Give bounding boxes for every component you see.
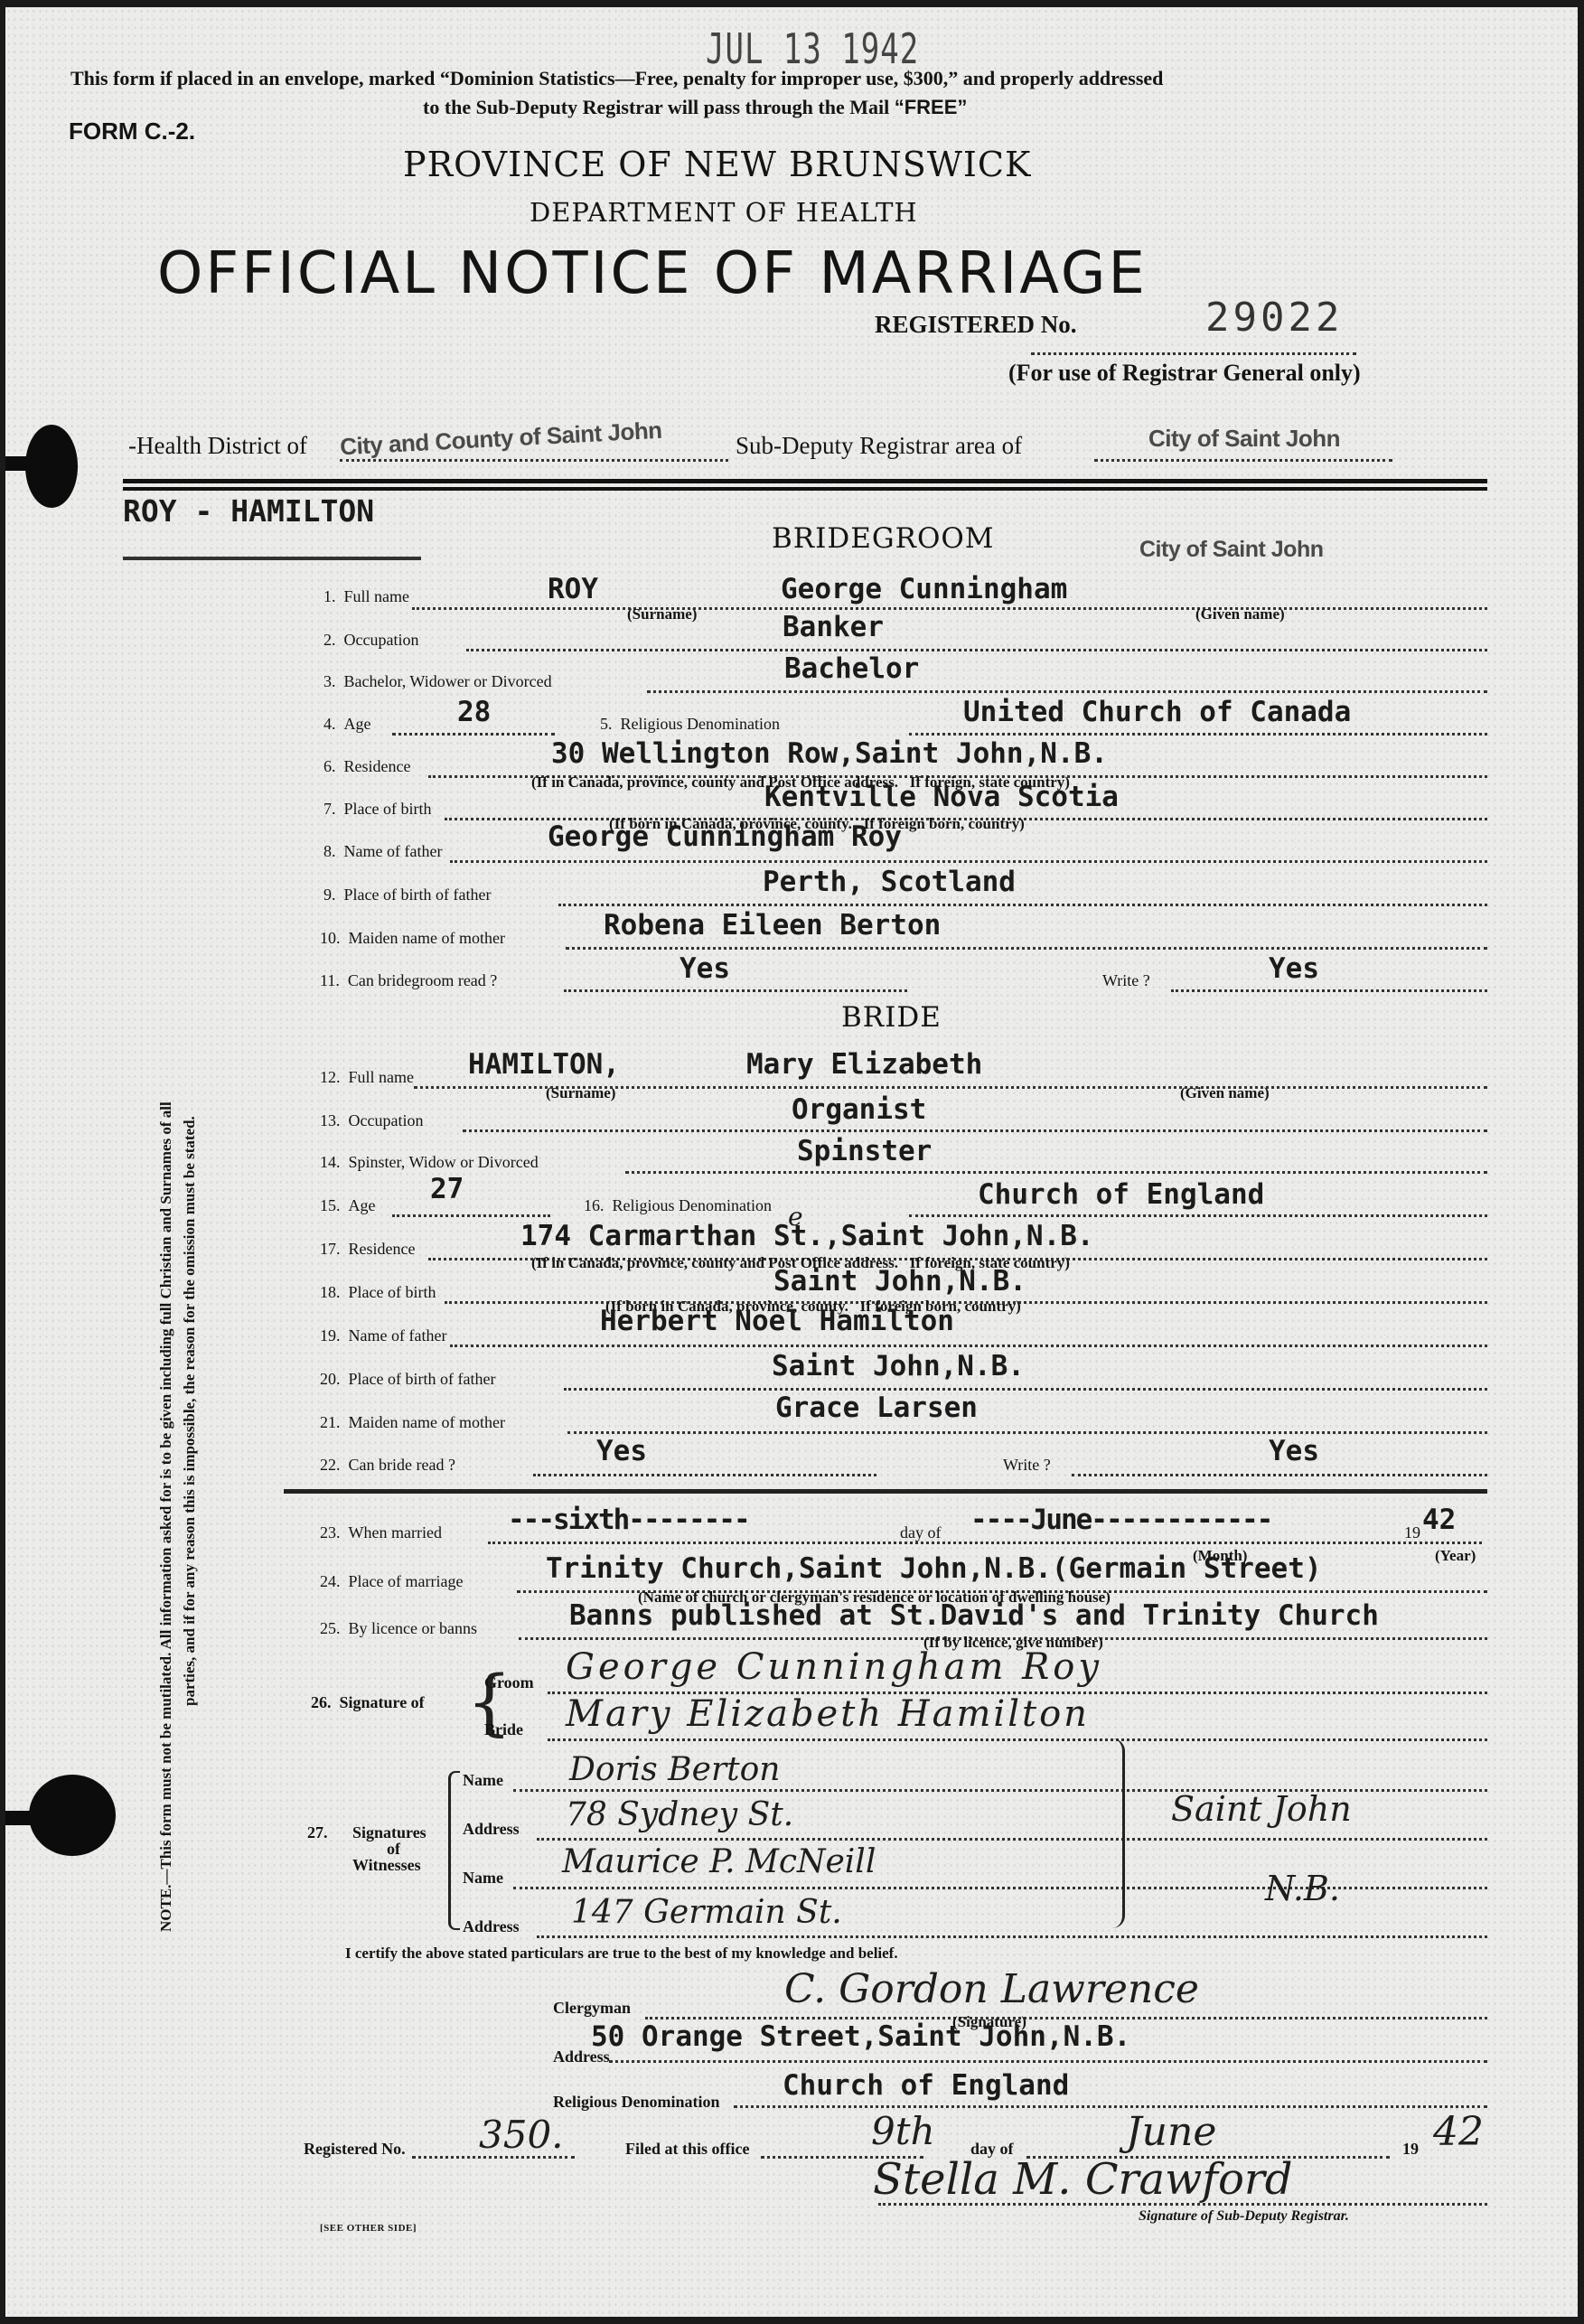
witness2-address: 147 Germain St. xyxy=(571,1894,842,1931)
field-label: Name of father xyxy=(349,1326,447,1345)
witnesses-right-bracket xyxy=(1110,1738,1125,1928)
province-heading: PROVINCE OF NEW BRUNSWICK xyxy=(403,145,1031,184)
field-number: 9. xyxy=(323,886,336,904)
bride-father-birthplace: Saint John,N.B. xyxy=(772,1350,1025,1382)
field-16-dotline xyxy=(909,1214,1487,1217)
field-20-label: 20. Place of birth of father xyxy=(320,1370,495,1389)
field-label: Religious Denomination xyxy=(613,1196,772,1214)
clergyman-religion-label: Religious Denomination xyxy=(553,2093,720,2112)
year-prefix: 19 xyxy=(1404,1523,1420,1542)
field-number: 16. xyxy=(584,1196,605,1214)
filed-day: 9th xyxy=(871,2109,935,2153)
field-22-dotline xyxy=(533,1474,876,1476)
field-5-label: 5. Religious Denomination xyxy=(600,715,780,734)
filed-year: 42 xyxy=(1433,2109,1484,2155)
field-number: 24. xyxy=(320,1572,341,1590)
field-label: Full name xyxy=(344,587,410,605)
given-name-caption: (Given name) xyxy=(1180,1084,1270,1102)
field-8-dotline xyxy=(450,860,1487,863)
filed-month: June xyxy=(1126,2109,1216,2155)
groom-father-name: George Cunningham Roy xyxy=(548,820,902,853)
field-5-dotline xyxy=(909,733,1487,736)
field-label: Can bride read ? xyxy=(349,1456,455,1474)
field-24-label: 24. Place of marriage xyxy=(320,1572,463,1591)
field-14-label: 14. Spinster, Widow or Divorced xyxy=(320,1153,539,1172)
field-label: Place of birth of father xyxy=(344,886,492,904)
registrar-signature: Stella M. Crawford xyxy=(873,2154,1293,2205)
registered-no-value: 29022 xyxy=(1205,295,1343,341)
field-4-label: 4. Age xyxy=(323,715,371,734)
witness2-address-dotline xyxy=(537,1935,1487,1938)
punch-hole-bottom xyxy=(29,1775,116,1856)
field-label: Residence xyxy=(344,757,411,775)
witnesses-left-bracket xyxy=(448,1771,460,1930)
field-label: Religious Denomination xyxy=(621,715,780,733)
field-label: Full name xyxy=(349,1068,415,1086)
field-label: Place of birth xyxy=(349,1283,436,1301)
file-title-underline xyxy=(123,557,421,560)
field-label: Maiden name of mother xyxy=(349,929,505,947)
field-19-dotline xyxy=(450,1345,1487,1347)
field-number: 26. xyxy=(311,1693,332,1711)
groom-can-read: Yes xyxy=(680,952,730,985)
field-label: Age xyxy=(349,1196,376,1214)
field-label: Place of marriage xyxy=(349,1572,464,1590)
punch-hole-top-stem xyxy=(5,456,33,471)
field-label: Spinster, Widow or Divorced xyxy=(349,1153,539,1171)
groom-marital-status: Bachelor xyxy=(784,652,919,685)
field-26-label: 26. Signature of xyxy=(311,1693,425,1712)
bride-marital-status: Spinster xyxy=(797,1135,932,1167)
field-13-dotline xyxy=(463,1129,1487,1132)
field-number: 5. xyxy=(600,715,613,733)
field-10-dotline xyxy=(566,947,1487,950)
bride-can-read: Yes xyxy=(596,1435,647,1467)
field-9-dotline xyxy=(558,904,1487,906)
field-4-dotline xyxy=(392,733,555,736)
punch-hole-bottom-stem xyxy=(5,1811,33,1825)
field-label: Residence xyxy=(349,1240,416,1258)
bride-can-write: Yes xyxy=(1269,1435,1319,1467)
field-label: Place of birth of father xyxy=(349,1370,496,1388)
bride-father-name: Herbert Noel Hamilton xyxy=(600,1305,954,1337)
registered-no-label-bottom: Registered No. xyxy=(304,2140,406,2159)
field-label: Occupation xyxy=(349,1111,424,1129)
witness2-address-label: Address xyxy=(463,1917,520,1936)
bride-occupation: Organist xyxy=(792,1093,926,1126)
field-number: 15. xyxy=(320,1196,341,1214)
field-22-label: 22. Can bride read ? xyxy=(320,1456,455,1475)
field-label: Age xyxy=(344,715,371,733)
field-21-label: 21. Maiden name of mother xyxy=(320,1413,505,1432)
field-number: 22. xyxy=(320,1456,341,1474)
registrar-caption: Signature of Sub-Deputy Registrar. xyxy=(1139,2208,1349,2225)
field-17-label: 17. Residence xyxy=(320,1240,415,1259)
file-title: ROY - HAMILTON xyxy=(123,493,374,529)
day-of-label: day of xyxy=(900,1523,941,1542)
write-label: Write ? xyxy=(1102,971,1150,990)
witness2-name-dotline xyxy=(513,1887,1487,1889)
field-3-label: 3. Bachelor, Widower or Divorced xyxy=(323,672,552,691)
field-number: 7. xyxy=(323,800,336,818)
bride-birthplace: Saint John,N.B. xyxy=(773,1265,1026,1298)
bride-heading: BRIDE xyxy=(841,1001,942,1034)
witness2-name-signature: Maurice P. McNeill xyxy=(562,1843,876,1880)
bride-given-name: Mary Elizabeth xyxy=(746,1048,982,1081)
bride-signature-dotline xyxy=(548,1738,1487,1741)
field-number: 19. xyxy=(320,1326,341,1345)
clergyman-address: 50 Orange Street,Saint John,N.B. xyxy=(591,2020,1130,2053)
health-district-stamp: City and County of Saint John xyxy=(339,417,662,462)
marriage-place: Trinity Church,Saint John,N.B.(Germain S… xyxy=(546,1552,1322,1585)
field-15-label: 15. Age xyxy=(320,1196,376,1215)
field-number: 11. xyxy=(320,971,340,989)
field-27-number: 27. xyxy=(307,1823,328,1842)
field-12-label: 12. Full name xyxy=(320,1068,414,1087)
field-number: 4. xyxy=(323,715,336,733)
field-number: 3. xyxy=(323,672,336,690)
groom-can-write: Yes xyxy=(1269,952,1319,985)
field-number: 21. xyxy=(320,1413,341,1431)
bridegroom-area-stamp: City of Saint John xyxy=(1139,537,1324,563)
field-label: Signature of xyxy=(340,1693,425,1711)
bride-signature-label: Bride xyxy=(484,1720,523,1739)
witness1-name-label: Name xyxy=(463,1771,503,1790)
field-21-dotline xyxy=(567,1431,1487,1434)
field-label: Can bridegroom read ? xyxy=(348,971,497,989)
field-label: Name of father xyxy=(344,842,443,860)
licence-or-banns: Banns published at St.David's and Trinit… xyxy=(569,1599,1379,1632)
field-9-label: 9. Place of birth of father xyxy=(323,886,491,904)
field-number: 10. xyxy=(320,929,341,947)
year-caption: (Year) xyxy=(1435,1547,1476,1565)
sub-deputy-area-stamp: City of Saint John xyxy=(1148,425,1340,453)
punch-hole-top xyxy=(25,425,78,508)
filed-label: Filed at this office xyxy=(625,2140,749,2159)
marriage-year: 42 xyxy=(1422,1504,1456,1536)
registered-no-dotline xyxy=(1031,352,1356,355)
field-number: 23. xyxy=(320,1523,341,1542)
field-number: 2. xyxy=(323,631,336,649)
field-18-label: 18. Place of birth xyxy=(320,1283,436,1302)
marriage-day: ---sixth-------- xyxy=(508,1504,749,1536)
field-number: 17. xyxy=(320,1240,341,1258)
field-1-label: 1. Full name xyxy=(323,587,409,606)
groom-religion: United Church of Canada xyxy=(963,696,1351,728)
clergyman-address-dotline xyxy=(609,2060,1487,2063)
clergyman-religion-dotline xyxy=(734,2105,1487,2108)
groom-occupation: Banker xyxy=(783,611,884,643)
page-title: OFFICIAL NOTICE OF MARRIAGE xyxy=(157,240,1148,307)
registered-no-bottom-value: 350. xyxy=(479,2113,564,2157)
field-number: 20. xyxy=(320,1370,341,1388)
write-label: Write ? xyxy=(1003,1456,1051,1475)
field-8-label: 8. Name of father xyxy=(323,842,442,861)
field-23-dotline xyxy=(488,1542,1482,1544)
field-19-label: 19. Name of father xyxy=(320,1326,446,1345)
field-label: Place of birth xyxy=(344,800,432,818)
groom-residence: 30 Wellington Row,Saint John,N.B. xyxy=(551,737,1108,770)
bridegroom-heading: BRIDEGROOM xyxy=(772,522,995,555)
see-other-side: [SEE OTHER SIDE] xyxy=(320,2223,417,2234)
health-district-dotline xyxy=(340,459,728,462)
department-heading: DEPARTMENT OF HEALTH xyxy=(530,197,918,228)
given-name-caption: (Given name) xyxy=(1195,605,1285,623)
bride-surname: HAMILTON, xyxy=(468,1048,620,1081)
field-2-dotline xyxy=(466,649,1487,651)
field-number: 1. xyxy=(323,587,336,605)
sub-deputy-dotline xyxy=(1094,459,1392,462)
field-25-label: 25. By licence or banns xyxy=(320,1619,477,1638)
filed-year-prefix: 19 xyxy=(1402,2140,1419,2159)
groom-mother-maiden-name: Robena Eileen Berton xyxy=(604,909,941,942)
bride-residence: 174 Carmarthan St.,Saint John,N.B. xyxy=(520,1220,1094,1252)
side-note-line1: NOTE.—This form must not be mutilated. A… xyxy=(157,1101,175,1932)
field-7-label: 7. Place of birth xyxy=(323,800,431,819)
header-double-rule xyxy=(123,479,1487,491)
witnesses-label-line3: Witnesses xyxy=(352,1856,421,1875)
groom-signature: George Cunningham Roy xyxy=(566,1646,1102,1688)
surname-caption: (Surname) xyxy=(546,1084,615,1102)
groom-given-name: George Cunningham xyxy=(781,573,1067,605)
side-note-line2: parties, and if for any reason this is i… xyxy=(181,1116,199,1706)
mail-notice-line2: to the Sub-Deputy Registrar will pass th… xyxy=(423,96,967,119)
clergyman-signature: C. Gordon Lawrence xyxy=(784,1966,1199,2012)
health-district-label: -Health District of xyxy=(128,432,307,460)
field-16-label: 16. Religious Denomination xyxy=(584,1196,772,1215)
field-23-label: 23. When married xyxy=(320,1523,442,1542)
registered-no-note: (For use of Registrar General only) xyxy=(1008,360,1361,387)
surname-caption: (Surname) xyxy=(627,605,697,623)
form-id: FORM C.-2. xyxy=(69,117,195,145)
field-14-dotline xyxy=(625,1171,1487,1174)
groom-signature-label: Groom xyxy=(484,1673,534,1692)
field-label: By licence or banns xyxy=(349,1619,477,1637)
witness1-address-dotline xyxy=(537,1838,1487,1841)
clergyman-label: Clergyman xyxy=(553,1999,631,2018)
field-number: 6. xyxy=(323,757,336,775)
field-number: 12. xyxy=(320,1068,341,1086)
bride-religion: Church of England xyxy=(978,1178,1264,1211)
field-13-label: 13. Occupation xyxy=(320,1111,423,1130)
certification-statement: I certify the above stated particulars a… xyxy=(345,1944,898,1963)
mail-notice-free: “FREE” xyxy=(895,96,968,118)
field-2-label: 2. Occupation xyxy=(323,631,418,650)
field-label: When married xyxy=(349,1523,442,1542)
field-11-write-dotline xyxy=(1171,989,1487,992)
groom-age: 28 xyxy=(457,696,491,728)
field-label: Maiden name of mother xyxy=(349,1413,505,1431)
field-6-label: 6. Residence xyxy=(323,757,410,776)
groom-birthplace: Kentville Nova Scotia xyxy=(764,781,1119,813)
registered-number-block: REGISTERED No. xyxy=(875,311,1077,339)
field-number: 25. xyxy=(320,1619,341,1637)
field-10-label: 10. Maiden name of mother xyxy=(320,929,505,948)
witness1-name-signature: Doris Berton xyxy=(569,1751,780,1788)
groom-surname: ROY xyxy=(548,573,598,605)
field-number: 14. xyxy=(320,1153,341,1171)
witness2-name-label: Name xyxy=(463,1869,503,1888)
witnesses-city: Saint John xyxy=(1171,1789,1352,1829)
witnesses-province: N.B. xyxy=(1265,1869,1340,1908)
witness1-address-label: Address xyxy=(463,1820,520,1839)
clergyman-dotline xyxy=(645,2017,1487,2019)
field-number: 13. xyxy=(320,1111,341,1129)
marriage-notice-form: JUL 13 1942 This form if placed in an en… xyxy=(5,7,1578,2317)
field-11-label: 11. Can bridegroom read ? xyxy=(320,971,497,990)
field-22-write-dotline xyxy=(1072,1474,1487,1476)
field-1-dotline xyxy=(412,607,1487,610)
residence-handwritten-correction: e xyxy=(788,1202,803,1232)
mail-notice-line1: This form if placed in an envelope, mark… xyxy=(70,67,1163,90)
section-divider xyxy=(284,1489,1487,1494)
field-number: 8. xyxy=(323,842,336,860)
bride-mother-maiden-name: Grace Larsen xyxy=(775,1392,978,1424)
witness1-address: 78 Sydney St. xyxy=(566,1796,793,1833)
field-label: Bachelor, Widower or Divorced xyxy=(344,672,552,690)
groom-father-birthplace: Perth, Scotland xyxy=(763,866,1016,898)
clergyman-religion: Church of England xyxy=(783,2069,1069,2102)
field-number: 18. xyxy=(320,1283,341,1301)
registered-no-label: REGISTERED No. xyxy=(875,311,1077,338)
field-20-dotline xyxy=(564,1388,1487,1391)
sub-deputy-area-label: Sub-Deputy Registrar area of xyxy=(736,432,1022,460)
bride-signature: Mary Elizabeth Hamilton xyxy=(566,1693,1090,1735)
field-3-dotline xyxy=(647,690,1487,693)
field-label: Occupation xyxy=(344,631,419,649)
field-11-dotline xyxy=(564,989,907,992)
field-15-dotline xyxy=(392,1214,550,1217)
marriage-month: ----June------------ xyxy=(970,1504,1271,1536)
mail-notice-text: to the Sub-Deputy Registrar will pass th… xyxy=(423,96,895,118)
bride-age: 27 xyxy=(430,1173,464,1205)
